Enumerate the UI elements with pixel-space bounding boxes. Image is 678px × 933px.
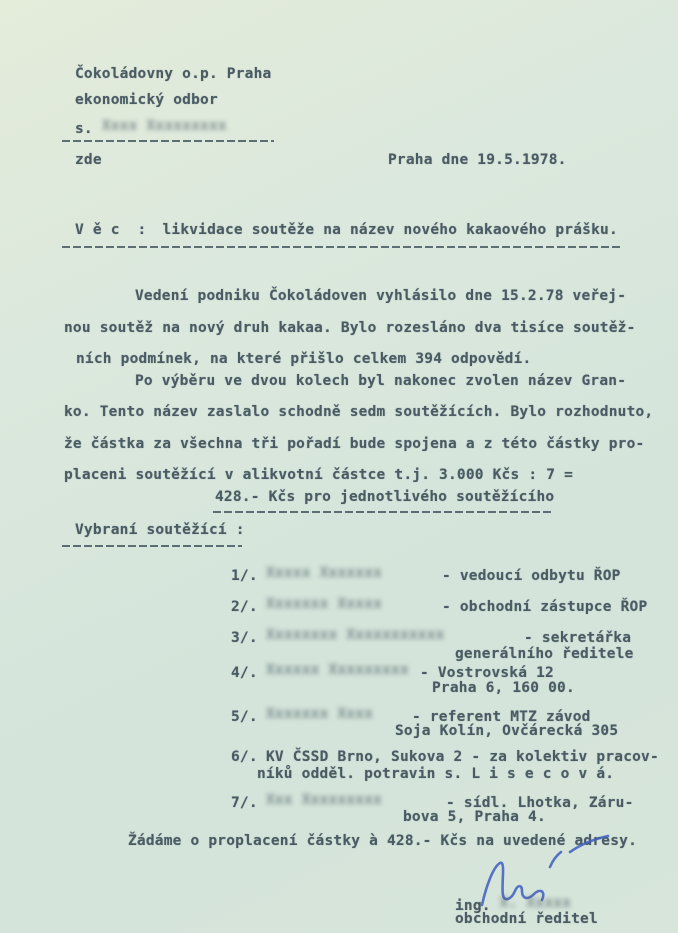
redacted-name: Xxxx Xxxxxxxxx bbox=[102, 118, 227, 137]
paragraph-line: placeni soutěžící v alikvotní částce t.j… bbox=[64, 467, 573, 483]
item-desc: - vedoucí odbytu ŘOP bbox=[442, 568, 621, 584]
item-number: 7/. bbox=[231, 795, 261, 811]
pen-check-mark bbox=[570, 836, 608, 852]
contestant-row-line2: generálního ředitele bbox=[455, 646, 634, 662]
underline bbox=[62, 545, 242, 547]
underline bbox=[213, 511, 551, 513]
item-desc: - sekretářka bbox=[524, 630, 631, 646]
paragraph-line: ních podmínek, na které přišlo celkem 39… bbox=[76, 351, 531, 367]
scanned-letter-page: Čokoládovny o.p. Praha ekonomický odbor … bbox=[0, 0, 678, 933]
subject-text: likvidace soutěže na název nového kakaov… bbox=[162, 222, 617, 238]
signatory-title: obchodní ředitel bbox=[455, 911, 598, 927]
redacted-name: Xxxxxx Xxxxxxxxx bbox=[266, 662, 412, 681]
item-desc: - Vostrovská 12 bbox=[420, 665, 554, 681]
paragraph-line: Vedení podniku Čokoládoven vyhlásilo dne… bbox=[135, 288, 626, 304]
sender-company: Čokoládovny o.p. Praha bbox=[75, 66, 271, 82]
redacted-name: Xxxxxxxx Xxxxxxxxxxx bbox=[266, 627, 516, 646]
subject-line: V ě c :likvidace soutěže na název nového… bbox=[75, 222, 618, 238]
contestant-row-line2: Praha 6, 160 00. bbox=[432, 680, 575, 696]
list-title: Vybraní soutěžící : bbox=[75, 522, 245, 538]
underline bbox=[62, 140, 274, 142]
place-line: zde bbox=[75, 152, 102, 168]
item-desc: - obchodní zástupce ŘOP bbox=[442, 599, 647, 615]
contestant-row: 4/.Xxxxxx Xxxxxxxxx- Vostrovská 12 bbox=[231, 662, 554, 681]
item-number: 6/. bbox=[231, 749, 261, 765]
redacted-name: Xxxxx Xxxxxxx bbox=[266, 565, 434, 584]
item-number: 2/. bbox=[231, 599, 261, 615]
paragraph-line: že částka za všechna tři pořadí bude spo… bbox=[64, 436, 644, 452]
contestant-row: 1/.Xxxxx Xxxxxxx- vedoucí odbytu ŘOP bbox=[231, 565, 621, 584]
underline bbox=[62, 246, 620, 248]
item-number: 5/. bbox=[231, 709, 261, 725]
contestant-row-line2: Soja Kolín, Ovčárecká 305 bbox=[395, 723, 618, 739]
item-number: 4/. bbox=[231, 665, 261, 681]
item-number: 1/. bbox=[231, 568, 261, 584]
contestant-row: 3/.Xxxxxxxx Xxxxxxxxxxx- sekretářka bbox=[231, 627, 631, 646]
contestant-row-line2: níků odděl. potravin s. L i s e c o v á. bbox=[257, 766, 614, 782]
attention-prefix: s. bbox=[75, 121, 93, 137]
paragraph-line: nou soutěž na nový druh kakaa. Bylo roze… bbox=[64, 320, 636, 336]
date-line: Praha dne 19.5.1978. bbox=[388, 152, 567, 168]
redacted-name: Xxxxxxx Xxxx bbox=[266, 706, 404, 725]
item-number: 3/. bbox=[231, 630, 261, 646]
sender-department: ekonomický odbor bbox=[75, 92, 218, 108]
paragraph-line: Po výběru ve dvou kolech byl nakonec zvo… bbox=[135, 373, 626, 389]
redacted-name: Xxxxxxx Xxxxx bbox=[266, 596, 434, 615]
subject-label: V ě c : bbox=[75, 222, 146, 238]
amount-line: 428.- Kčs pro jednotlivého soutěžícího bbox=[215, 489, 554, 505]
pen-stroke bbox=[550, 852, 561, 867]
attention-line: s. Xxxx Xxxxxxxxx bbox=[75, 118, 235, 137]
contestant-row: 2/.Xxxxxxx Xxxxx- obchodní zástupce ŘOP bbox=[231, 596, 647, 615]
contestant-row: 6/.KV ČSSD Brno, Sukova 2 - za kolektiv … bbox=[231, 749, 659, 765]
paragraph-line: ko. Tento název zaslalo schodně sedm sou… bbox=[64, 404, 653, 420]
item-desc: KV ČSSD Brno, Sukova 2 - za kolektiv pra… bbox=[266, 749, 659, 765]
